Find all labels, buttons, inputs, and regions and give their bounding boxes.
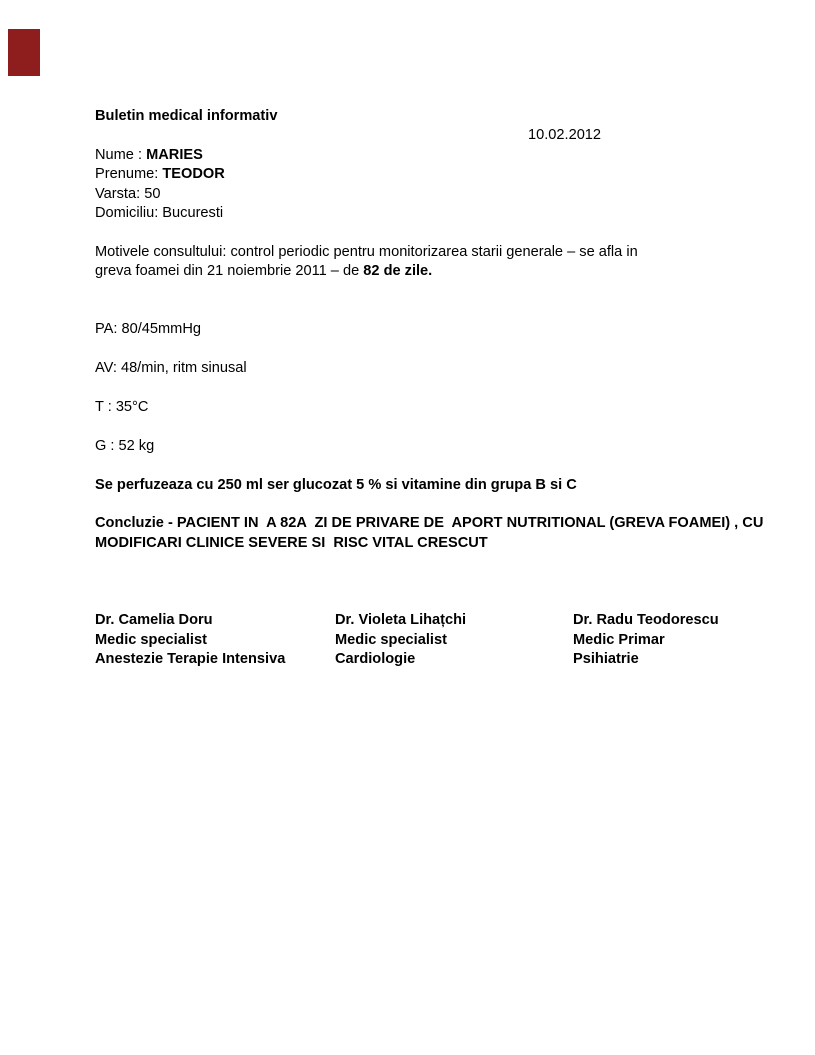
document-date: 10.02.2012 <box>95 126 775 145</box>
spacer <box>95 340 775 359</box>
spacer <box>95 417 775 436</box>
spacer <box>95 573 775 592</box>
spacer <box>95 553 775 572</box>
doctor-name: Dr. Radu Teodorescu <box>573 611 775 630</box>
doctor-specialty: Cardiologie <box>335 650 573 669</box>
doctor-specialty: Psihiatrie <box>573 650 775 669</box>
doctor-title: Medic Primar <box>573 631 775 650</box>
doctor-signature: Dr. Camelia Doru Medic specialist Aneste… <box>95 611 335 669</box>
patient-age-line: Varsta: 50 <box>95 185 775 204</box>
patient-firstname-line: Prenume: TEODOR <box>95 165 775 184</box>
spacer <box>95 301 775 320</box>
vital-temperature: T : 35°C <box>95 398 775 417</box>
vital-heart-rate: AV: 48/min, ritm sinusal <box>95 359 775 378</box>
consult-reason-text: greva foamei din 21 noiembrie 2011 – de <box>95 263 363 279</box>
spacer <box>95 456 775 475</box>
patient-firstname-label: Prenume: <box>95 166 162 182</box>
doctor-title: Medic specialist <box>335 631 573 650</box>
treatment-line: Se perfuzeaza cu 250 ml ser glucozat 5 %… <box>95 476 775 495</box>
patient-name-line: Nume : MARIES <box>95 146 775 165</box>
spacer <box>95 282 775 301</box>
document-content: Buletin medical informativ 10.02.2012 Nu… <box>95 107 775 670</box>
spacer <box>95 379 775 398</box>
spacer <box>95 495 775 514</box>
patient-firstname-value: TEODOR <box>162 166 224 182</box>
signature-block: Dr. Camelia Doru Medic specialist Aneste… <box>95 611 775 669</box>
conclusion-line-2: MODIFICARI CLINICE SEVERE SI RISC VITAL … <box>95 534 775 553</box>
vital-weight: G : 52 kg <box>95 437 775 456</box>
patient-address-line: Domiciliu: Bucuresti <box>95 204 775 223</box>
doctor-title: Medic specialist <box>95 631 335 650</box>
consult-reason-line-1: Motivele consultului: control periodic p… <box>95 243 775 262</box>
annotation-mark <box>8 29 40 76</box>
conclusion-line-1: Concluzie - PACIENT IN A 82A ZI DE PRIVA… <box>95 514 775 533</box>
consult-reason-days: 82 de zile. <box>363 263 432 279</box>
spacer <box>95 592 775 611</box>
doctor-signature: Dr. Radu Teodorescu Medic Primar Psihiat… <box>573 611 775 669</box>
document-title: Buletin medical informativ <box>95 107 775 126</box>
patient-name-value: MARIES <box>146 147 203 163</box>
doctor-name: Dr. Violeta Lihațchi <box>335 611 573 630</box>
doctor-signature: Dr. Violeta Lihațchi Medic specialist Ca… <box>335 611 573 669</box>
vital-blood-pressure: PA: 80/45mmHg <box>95 320 775 339</box>
patient-name-label: Nume : <box>95 147 146 163</box>
spacer <box>95 223 775 242</box>
doctor-specialty: Anestezie Terapie Intensiva <box>95 650 335 669</box>
document-page: Buletin medical informativ 10.02.2012 Nu… <box>0 0 815 1055</box>
consult-reason-line-2: greva foamei din 21 noiembrie 2011 – de … <box>95 262 775 281</box>
doctor-name: Dr. Camelia Doru <box>95 611 335 630</box>
